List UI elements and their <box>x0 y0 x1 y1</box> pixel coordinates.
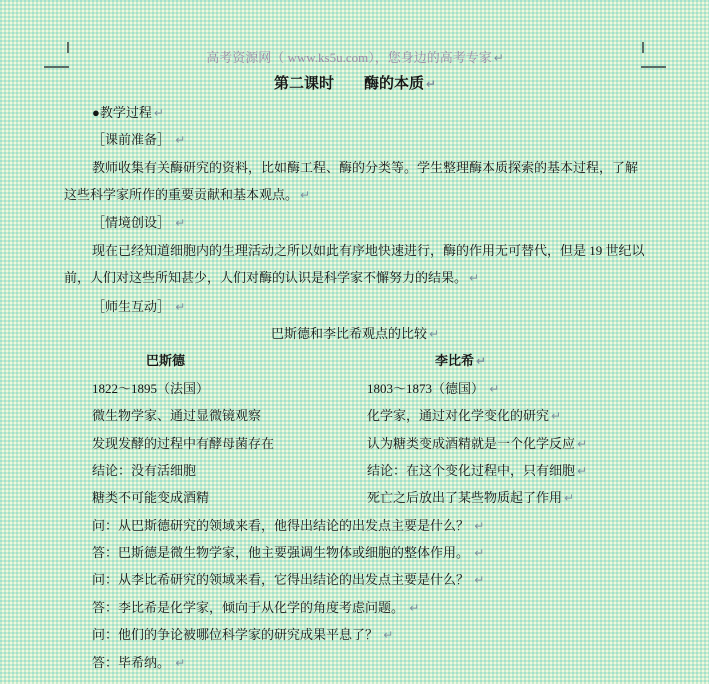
paragraph-mark: ↵ <box>175 133 185 147</box>
pasteur-field: 微生物学家、通过显微镜观察 <box>64 402 367 429</box>
pasteur-years: 1822～1895（法国） <box>64 375 367 402</box>
qa-question-1: 问：从巴斯德研究的领域来看，他得出结论的出发点主要是什么？ ↵ <box>64 512 646 539</box>
paragraph-mark: ↵ <box>551 409 561 423</box>
pasteur-finding: 发现发酵的过程中有酵母菌存在 <box>64 430 367 457</box>
liebig-years: 1803～1873（德国） ↵ <box>367 375 646 402</box>
qa-question-2: 问：从李比希研究的领域来看，它得出结论的出发点主要是什么？ ↵ <box>64 566 646 593</box>
heading-scenario-creation: ［情境创设］ ↵ <box>64 209 646 236</box>
document-page: { "colors": { "background": "#c9ecca", "… <box>0 0 709 684</box>
qa-question-3: 问：他们的争论被哪位科学家的研究成果平息了？ ↵ <box>64 621 646 648</box>
paragraph-mark: ↵ <box>476 354 486 368</box>
paragraph-mark: ↵ <box>175 300 185 314</box>
paragraph-mark: ↵ <box>175 216 185 230</box>
comparison-row-finding: 发现发酵的过程中有酵母菌存在 认为糖类变成酒精就是一个化学反应↵ <box>64 430 646 457</box>
comparison-title: 巴斯德和李比希观点的比较↵ <box>64 320 646 347</box>
column-header-liebig: 李比希↵ <box>367 347 646 374</box>
paragraph-mark: ↵ <box>494 51 504 65</box>
pasteur-conclusion: 结论：没有活细胞 <box>64 457 367 484</box>
paragraph-mark: ↵ <box>469 271 479 285</box>
paragraph-preparation: 教师收集有关酶研究的资料，比如酶工程、酶的分类等。学生整理酶本质探索的基本过程，… <box>64 154 646 210</box>
comparison-row-years: 1822～1895（法国） 1803～1873（德国） ↵ <box>64 375 646 402</box>
comparison-row-conclusion2: 糖类不可能变成酒精 死亡之后放出了某些物质起了作用↵ <box>64 484 646 511</box>
heading-teacher-student-interaction: ［师生互动］ ↵ <box>64 293 646 320</box>
paragraph-mark: ↵ <box>474 519 484 533</box>
liebig-finding: 认为糖类变成酒精就是一个化学反应↵ <box>367 430 646 457</box>
paragraph-mark: ↵ <box>474 573 484 587</box>
comparison-row-field: 微生物学家、通过显微镜观察 化学家，通过对化学变化的研究↵ <box>64 402 646 429</box>
paragraph-mark: ↵ <box>429 327 439 341</box>
column-header-pasteur: 巴斯德 <box>64 347 367 374</box>
qa-answer-2: 答：李比希是化学家，倾向于从化学的角度考虑问题。 ↵ <box>64 594 646 621</box>
title-text: 第二课时 酶的本质 <box>274 76 424 92</box>
paragraph-mark: ↵ <box>474 546 484 560</box>
comparison-header-row: 巴斯德 李比希↵ <box>64 347 646 374</box>
heading-class-preparation: ［课前准备］ ↵ <box>64 126 646 153</box>
heading-teaching-process: ●教学过程↵ <box>64 99 646 126</box>
paragraph-mark: ↵ <box>409 601 419 615</box>
paragraph-scenario: 现在已经知道细胞内的生理活动之所以如此有序地快速进行，酶的作用无可替代，但是 1… <box>64 237 646 293</box>
paragraph-mark: ↵ <box>383 628 393 642</box>
qa-answer-1: 答：巴斯德是微生物学家，他主要强调生物体或细胞的整体作用。 ↵ <box>64 539 646 566</box>
paragraph-mark: ↵ <box>577 437 587 451</box>
paragraph-mark: ↵ <box>300 188 310 202</box>
liebig-conclusion: 结论：在这个变化过程中，只有细胞↵ <box>367 457 646 484</box>
document-body: 高考资源网（ www.ks5u.com），您身边的高考专家↵ 第二课时 酶的本质… <box>64 44 646 676</box>
paragraph-mark: ↵ <box>154 106 164 120</box>
liebig-field: 化学家，通过对化学变化的研究↵ <box>367 402 646 429</box>
paragraph-mark: ↵ <box>175 656 185 670</box>
paragraph-mark: ↵ <box>577 464 587 478</box>
paragraph-mark: ↵ <box>564 491 574 505</box>
qa-answer-3: 答：毕希纳。 ↵ <box>64 649 646 676</box>
pasteur-conclusion-cont: 糖类不可能变成酒精 <box>64 484 367 511</box>
paragraph-mark: ↵ <box>426 77 436 91</box>
watermark-header: 高考资源网（ www.ks5u.com），您身边的高考专家↵ <box>64 44 646 71</box>
page-title: 第二课时 酶的本质↵ <box>64 71 646 98</box>
comparison-row-conclusion: 结论：没有活细胞 结论：在这个变化过程中，只有细胞↵ <box>64 457 646 484</box>
paragraph-mark: ↵ <box>489 382 499 396</box>
watermark-text: 高考资源网（ www.ks5u.com），您身边的高考专家 <box>206 50 492 65</box>
liebig-conclusion-cont: 死亡之后放出了某些物质起了作用↵ <box>367 484 646 511</box>
